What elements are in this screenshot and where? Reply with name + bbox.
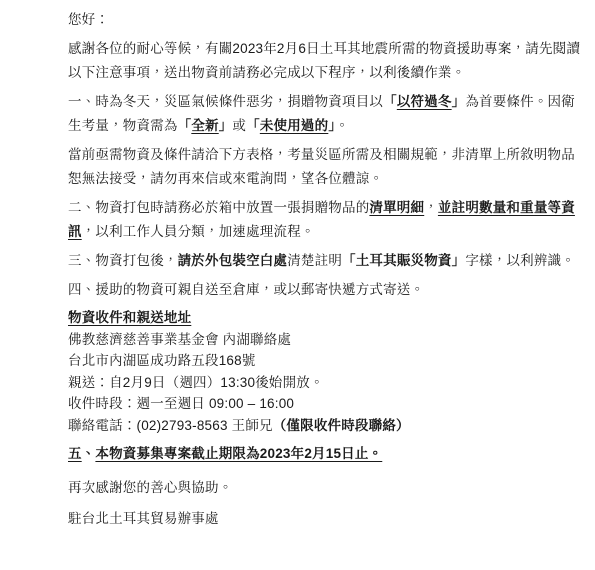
urgent-supplies-note: 當前亟需物資及條件請洽下方表格，考量災區所需及相關規範，非清單上所敘明物品 恕無… [68,143,577,191]
relief-notice-letter: 您好： 感謝各位的耐心等候，有關2023年2月6日土耳其地震所需的物資援助專案，… [0,0,595,570]
address-section-title: 物資收件和親送地址 [68,307,577,329]
signature-turkish-trade-office: 駐台北土耳其貿易辦事處 [68,507,577,531]
address-line-street: 台北市內湖區成功路五段168號 [68,350,577,372]
intro-paragraph: 感謝各位的耐心等候，有關2023年2月6日土耳其地震所需的物資援助專案，請先閱讀… [68,37,577,85]
greeting: 您好： [68,8,577,32]
address-section: 物資收件和親送地址 佛教慈濟慈善事業基金會 內湖聯絡處 台北市內湖區成功路五段1… [68,307,577,436]
notice-item-4: 四、援助的物資可親自送至倉庫，或以郵寄快遞方式寄送。 [68,278,577,302]
notice-item-1: 一、時為冬天，災區氣候條件惡劣，捐贈物資項目以「以符過冬」為首要條件。因衛 生考… [68,90,577,138]
address-line-delivery: 親送：自2月9日（週四）13:30後始開放。 [68,372,577,394]
notice-item-3: 三、物資打包後，請於外包裝空白處清楚註明「土耳其賑災物資」字樣，以利辨識。 [68,249,577,273]
address-line-phone: 聯絡電話：(02)2793-8563 王師兄（僅限收件時段聯絡） [68,415,577,437]
notice-item-2: 二、物資打包時請務必於箱中放置一張捐贈物品的清單明細，並註明數量和重量等資 訊，… [68,196,577,244]
address-line-hours: 收件時段：週一至週日 09:00 – 16:00 [68,393,577,415]
closing-thanks: 再次感謝您的善心與協助。 [68,476,577,500]
notice-item-5-deadline: 五、本物資募集專案截止期限為2023年2月15日止。 [68,442,577,466]
address-line-organization: 佛教慈濟慈善事業基金會 內湖聯絡處 [68,329,577,351]
